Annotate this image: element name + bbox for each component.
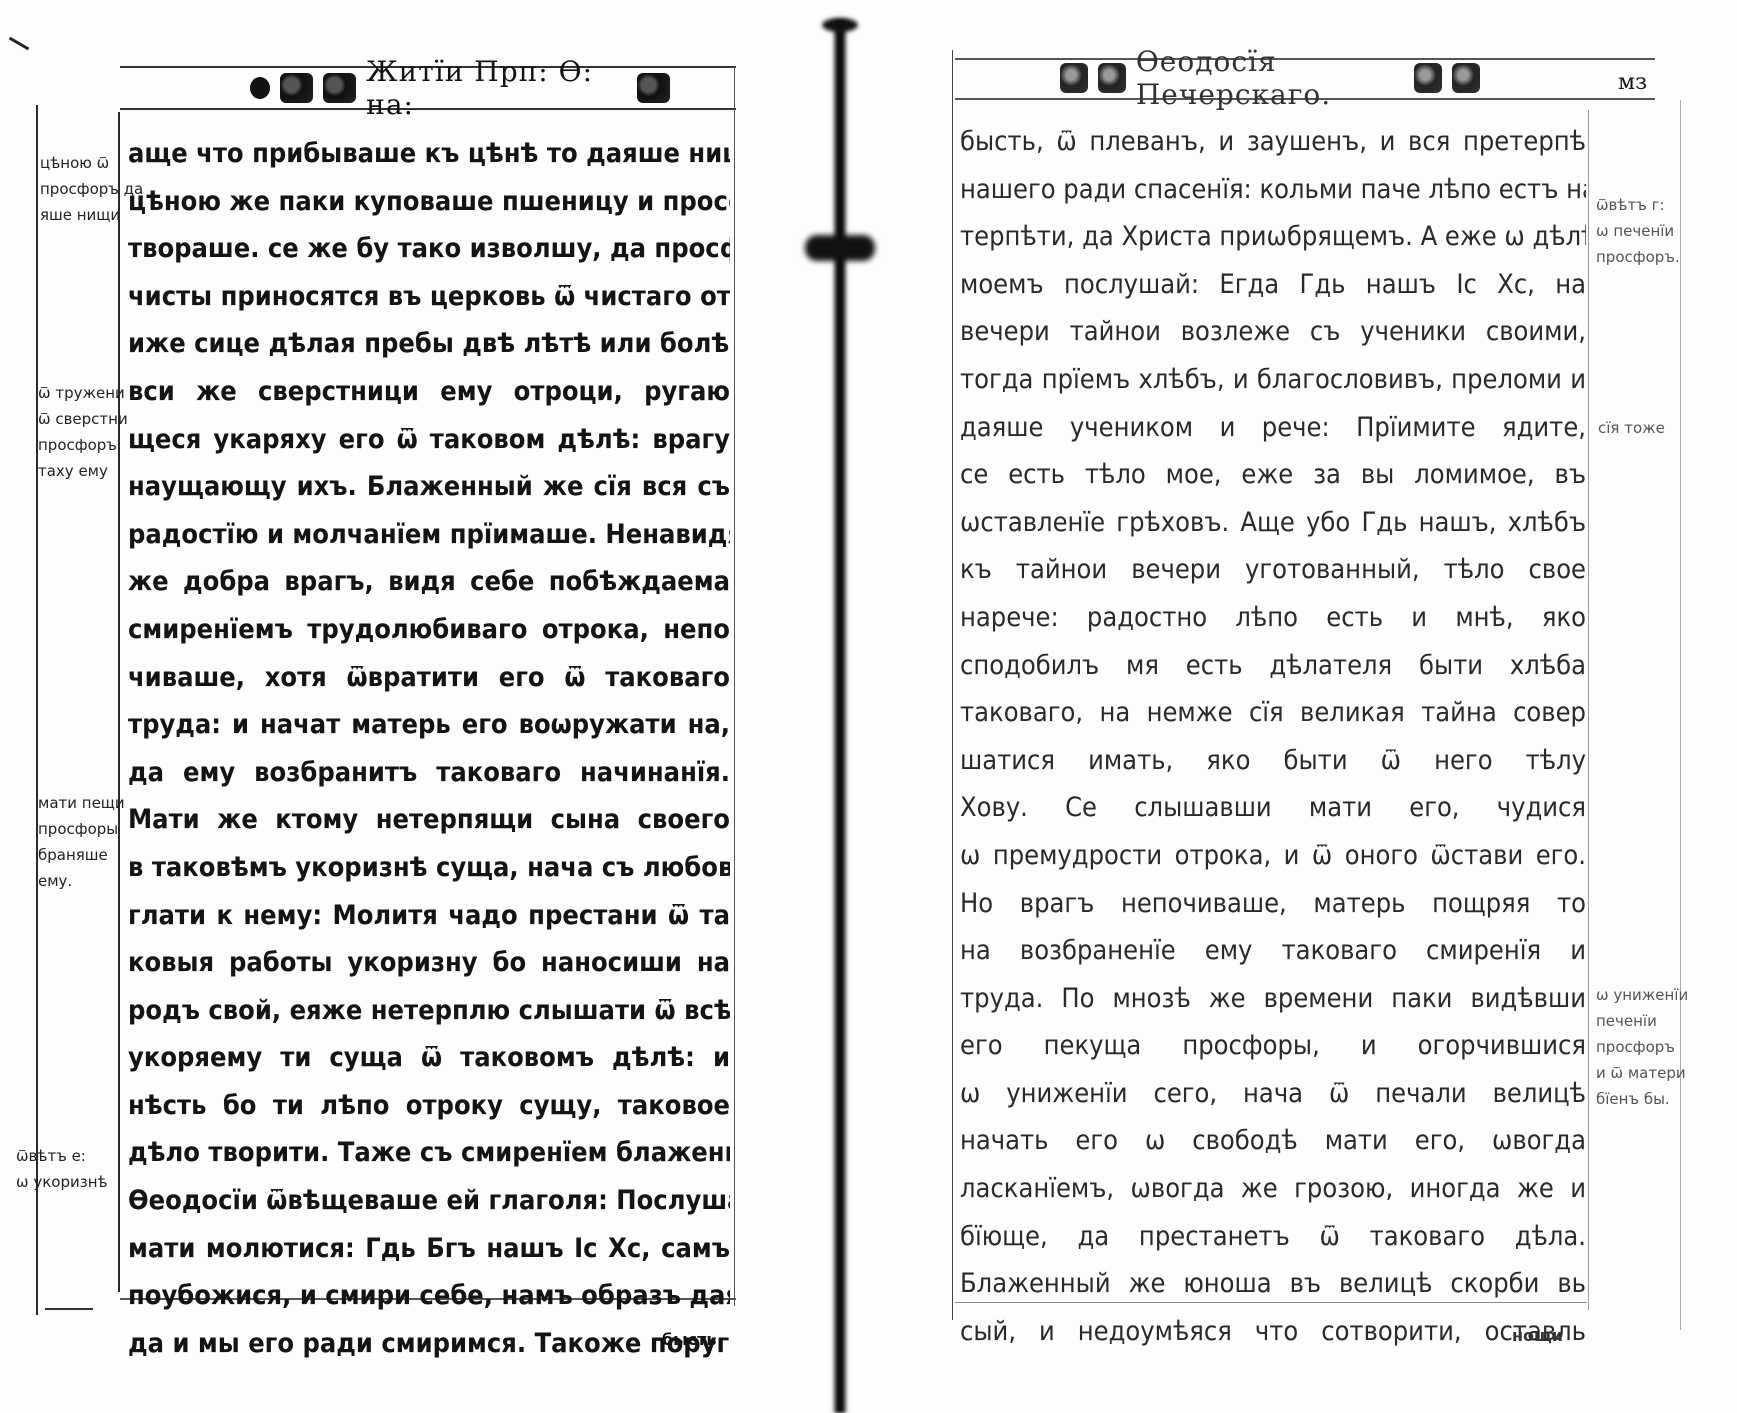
text-line: тогда прїемъ хлѣбъ, и благословивъ, прел…: [960, 356, 1586, 404]
text-line: таковаго, на немже сїя великая тайна сов…: [960, 689, 1586, 737]
right-body-text: бысть, ѿ плеванъ, и заушенъ, и вся прете…: [960, 118, 1586, 1355]
ornament-icon: [1098, 63, 1126, 93]
right-header-title: Ѳеодосїя Печерскаго.: [1136, 45, 1404, 111]
left-inner-margin-rule: [118, 112, 120, 1292]
right-text-right-rule: [1588, 110, 1589, 1310]
text-line: къ тайнои вечери уготованный, тѣло свое: [960, 546, 1586, 594]
text-line: ковыя работы укоризну бо наносиши на: [128, 939, 730, 987]
text-line: наущающу ихъ. Блаженный же сїя вся съ: [128, 463, 730, 511]
ornament-icon: [637, 73, 670, 103]
spine-blot: [805, 235, 875, 261]
text-line: Но врагъ непочиваше, матерь пощряя то: [960, 880, 1586, 928]
book-spine: [832, 20, 848, 1413]
left-margin-note: цѣною ѿ просфоръ да яше нищи: [40, 150, 143, 228]
text-line: сый, и недоумѣяся что сотворити, оставль: [960, 1308, 1586, 1356]
left-margin-note: ѿвѣтъ е: ѡ укоризнѣ: [16, 1143, 108, 1195]
text-line: его пекуща просфоры, и огорчившися: [960, 1022, 1586, 1070]
text-line: даяше учеником и рече: Прїимите ядите,: [960, 404, 1586, 452]
text-line: радостїю и молчанїем прїимаше. Ненавидя: [128, 511, 730, 559]
text-line: глати к нему: Молитя чадо престани ѿ та: [128, 892, 730, 940]
text-line: терпѣти, да Христа приѡбрящемъ. А еже ѡ …: [960, 213, 1586, 261]
text-line: вечери тайнои возлеже съ ученики своими,: [960, 308, 1586, 356]
text-line: Блаженный же юноша въ велицѣ скорби вь: [960, 1260, 1586, 1308]
text-line: же добра врагъ, видя себе побѣждаема: [128, 558, 730, 606]
text-line: труда. По мнозѣ же времени паки видѣвши: [960, 975, 1586, 1023]
right-outer-margin-rule: [1680, 100, 1681, 1330]
ornament-icon: [323, 73, 356, 103]
left-outer-margin-rule: [36, 105, 38, 1315]
ornament-icon: [280, 73, 313, 103]
left-header-title: Житїи Прп: Ѳ: на:: [366, 55, 627, 121]
text-line: в таковѣмъ укоризнѣ суща, нача съ любовї…: [128, 844, 730, 892]
ornament-icon: [1414, 63, 1442, 93]
right-running-header: Ѳеодосїя Печерскаго.: [1060, 58, 1480, 98]
right-margin-note: ѡ униженїи печенїи просфоръ и ѿ матери б…: [1596, 982, 1688, 1112]
text-line: бысть, ѿ плеванъ, и заушенъ, и вся прете…: [960, 118, 1586, 166]
text-line: твораше. се же бу тако изволшу, да просф…: [128, 225, 730, 273]
text-line: мати молютися: Гдь Бгъ нашъ Іс Хс, самъ: [128, 1225, 730, 1273]
text-line: се есть тѣло мое, еже за вы ломимое, въ: [960, 451, 1586, 499]
corner-mark: [9, 37, 30, 51]
right-margin-note: ѿвѣтъ г: ѡ печенїи просфоръ.: [1596, 192, 1680, 270]
text-line: аще что прибываше къ цѣнѣ то даяше нищим…: [128, 130, 730, 178]
right-page-left-rule: [952, 50, 953, 1320]
left-body-text: аще что прибываше къ цѣнѣ то даяше нищим…: [128, 130, 730, 1367]
text-line: родъ свой, еяже нетерплю слышати ѿ всѣхъ: [128, 987, 730, 1035]
right-catchword: нощи: [1512, 1326, 1563, 1345]
text-line: сподобилъ мя есть дѣлателя быти хлѣба: [960, 642, 1586, 690]
text-line: вси же сверстници ему отроци, ругаю: [128, 368, 730, 416]
text-line: чисты приносятся въ церковь ѿ чистаго от…: [128, 273, 730, 321]
text-line: ѡ униженїи сего, нача ѿ печали велицѣ: [960, 1070, 1586, 1118]
ornament-dot-icon: [250, 77, 270, 99]
text-line: моемъ послушай: Егда Гдь нашъ Іс Хс, на: [960, 261, 1586, 309]
spine-top-mark: [822, 18, 858, 32]
text-line: ѡ премудрости отрока, и ѿ оного ѿстави е…: [960, 832, 1586, 880]
text-line: ѡставленїе грѣховъ. Аще убо Гдь нашъ, хл…: [960, 499, 1586, 547]
text-line: чиваше, хотя ѿвратити его ѿ таковаго: [128, 654, 730, 702]
ornament-icon: [1060, 63, 1088, 93]
text-line: да ему возбранитъ таковаго начинанїя.: [128, 749, 730, 797]
text-line: на возбраненїе ему таковаго смиренїя и: [960, 927, 1586, 975]
text-line: бїюще, да престанетъ ѿ таковаго дѣла.: [960, 1213, 1586, 1261]
page-number: мз: [1618, 70, 1647, 95]
text-line: нѣсть бо ти лѣпо отроку сущу, таковое: [128, 1082, 730, 1130]
text-line: нарече: радостно лѣпо есть и мнѣ, яко: [960, 594, 1586, 642]
text-line: поубожися, и смири себе, намъ образъ дая…: [128, 1272, 730, 1320]
text-line: щеся укаряху его ѿ таковом дѣлѣ: врагу: [128, 416, 730, 464]
left-catchword: бысть: [662, 1330, 717, 1349]
text-line: Ѳеодосїи ѿвѣщеваше ей глаголя: Послушай …: [128, 1177, 730, 1225]
text-line: смиренїемъ трудолюбиваго отрока, непо: [128, 606, 730, 654]
text-line: нашего ради спасенїя: кольми паче лѣпо е…: [960, 166, 1586, 214]
left-text-right-rule: [734, 66, 735, 1306]
ornament-icon: [1452, 63, 1480, 93]
left-margin-note: мати пещи просфоры браняше ему.: [38, 790, 125, 894]
left-margin-dash: [45, 1308, 93, 1310]
text-line: ласканїемъ, ѡвогда же грозою, иногда же …: [960, 1165, 1586, 1213]
text-line: Хову. Се слышавши мати его, чудися: [960, 784, 1586, 832]
left-margin-note: ѿ тружени ѿ сверстни просфоръ таху ему: [38, 380, 128, 484]
text-line: укоряему ти суща ѿ таковомъ дѣлѣ: и: [128, 1034, 730, 1082]
text-line: дѣло творити. Таже съ смиренїем блаженны…: [128, 1129, 730, 1177]
text-line: иже сице дѣлая пребы двѣ лѣтѣ или болѣи: [128, 320, 730, 368]
text-line: труда: и начат матерь его воѡружати на,: [128, 701, 730, 749]
text-line: шатися имать, яко быти ѿ него тѣлу: [960, 737, 1586, 785]
text-line: цѣною же паки куповаше пшеницу и просфор…: [128, 178, 730, 226]
left-running-header: Житїи Прп: Ѳ: на:: [250, 68, 670, 108]
text-line: да и мы его ради смиримся. Такоже поруга…: [128, 1320, 730, 1368]
text-line: начать его ѡ свободѣ мати его, ѡвогда: [960, 1117, 1586, 1165]
text-line: Мати же ктому нетерпящи сына своего: [128, 796, 730, 844]
right-margin-note: сїя тоже: [1598, 415, 1665, 441]
